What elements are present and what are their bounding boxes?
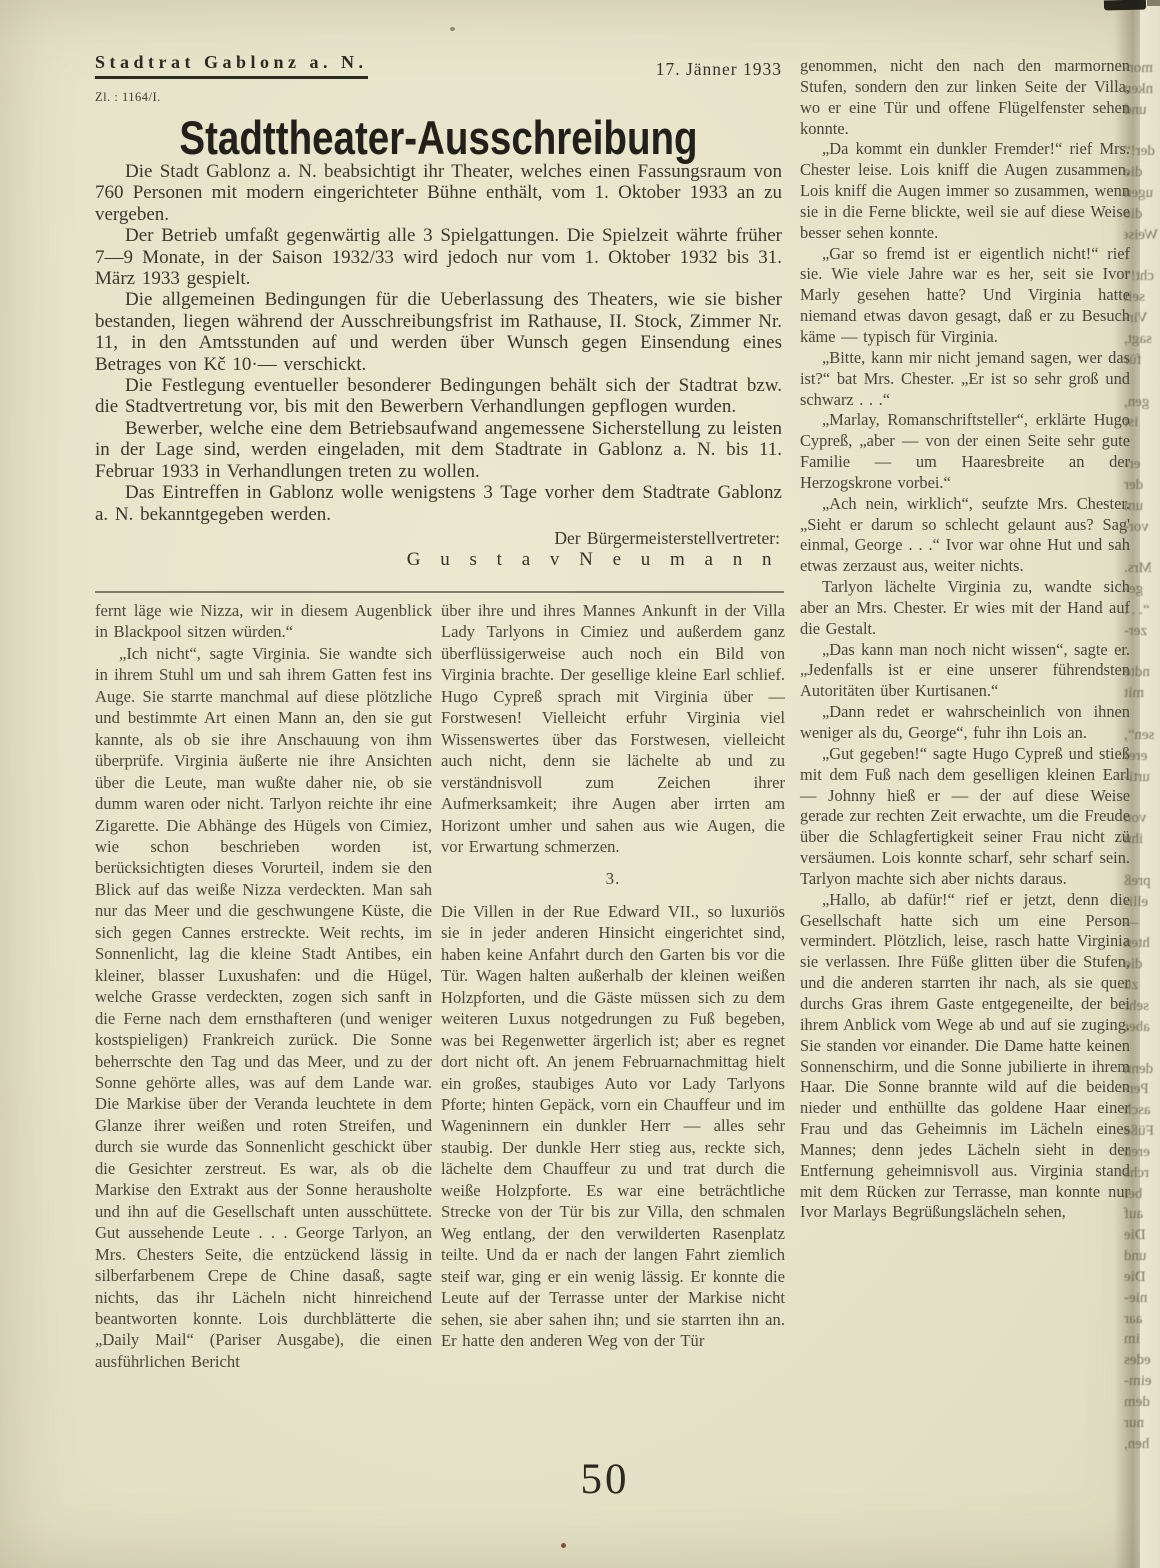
scan-corner-artifact [1147,0,1160,6]
ink-speck [561,1543,566,1548]
novel-columns: fernt läge wie Nizza, wir in diesem Auge… [95,600,785,1372]
ink-speck [450,27,455,31]
novel-paragraph: Die Villen in der Rue Edward VII., so lu… [441,901,785,1352]
novel-paragraph: „Dann redet er wahrscheinlich von ihnen … [800,702,1130,744]
novel-paragraph: genommen, nicht den nach den marmornen S… [800,56,1130,139]
novel-column-middle: über ihre und ihres Mannes Ankunft in de… [441,600,785,1372]
section-divider-rule [95,591,784,593]
novel-paragraph: „Da kommt ein dunkler Fremder!“ rief Mrs… [800,139,1130,243]
novel-paragraph: Tarlyon lächelte Virginia zu, wandte sic… [800,577,1130,640]
issue-date: 17. Jänner 1933 [656,59,782,80]
announcement-paragraph: Bewerber, welche eine dem Betriebsaufwan… [95,418,782,482]
novel-column-left: fernt läge wie Nizza, wir in diesem Auge… [95,600,432,1372]
announcement-paragraph: Das Eintreffen in Gablonz wolle wenigste… [95,482,782,525]
novel-paragraph: „Das kann man noch nicht wissen“, sagte … [800,640,1130,703]
announcement-title: Stadttheater-Ausschreibung [157,110,720,165]
signature-name: G u s t a v N e u m a n n [95,549,782,570]
announcement-paragraph: Die Stadt Gablonz a. N. beabsichtigt ihr… [95,161,782,225]
page-number: 50 [540,1455,670,1504]
novel-column-right: genommen, nicht den nach den marmornen S… [800,56,1130,1223]
novel-paragraph: „Ach nein, wirklich“, seufzte Mrs. Chest… [800,494,1130,577]
announcement-body: Die Stadt Gablonz a. N. beabsichtigt ihr… [95,161,782,571]
novel-paragraph: „Gut gegeben!“ sagte Hugo Cypreß und sti… [800,744,1130,890]
publisher-name: Stadtrat Gablonz a. N. [95,52,368,79]
chapter-section-number: 3. [441,868,785,889]
novel-paragraph: über ihre und ihres Mannes Ankunft in de… [441,600,785,857]
masthead: Stadtrat Gablonz a. N. 17. Jänner 1933 [95,52,782,79]
scan-corner-artifact [1104,0,1146,10]
scanned-newspaper-page: Stadtrat Gablonz a. N. 17. Jänner 1933 Z… [0,0,1160,1568]
announcement-paragraph: Der Betrieb umfaßt gegenwärtig alle 3 Sp… [95,225,782,289]
announcement-paragraph: Die allgemeinen Bedingungen für die Uebe… [95,289,782,375]
novel-paragraph: fernt läge wie Nizza, wir in diesem Auge… [95,600,432,643]
novel-paragraph: „Bitte, kann mir nicht jemand sagen, wer… [800,348,1130,411]
novel-paragraph: „Ich nicht“, sagte Virginia. Sie wandte … [95,643,432,1372]
mirrored-bleed-text: mor- nken und der!“ die ugen die Weise c… [1124,58,1158,1488]
reference-number: Zl. : 1164/I. [95,90,161,105]
signature-role: Der Bürgermeisterstellvertreter: [95,528,782,549]
novel-paragraph: „Marlay, Romanschriftsteller“, erklärte … [800,410,1130,493]
novel-paragraph: „Gar so fremd ist er eigentlich nicht!“ … [800,244,1130,348]
announcement-paragraph: Die Festlegung eventueller besonderer Be… [95,375,782,418]
novel-paragraph: „Hallo, ab dafür!“ rief er jetzt, denn d… [800,890,1130,1224]
